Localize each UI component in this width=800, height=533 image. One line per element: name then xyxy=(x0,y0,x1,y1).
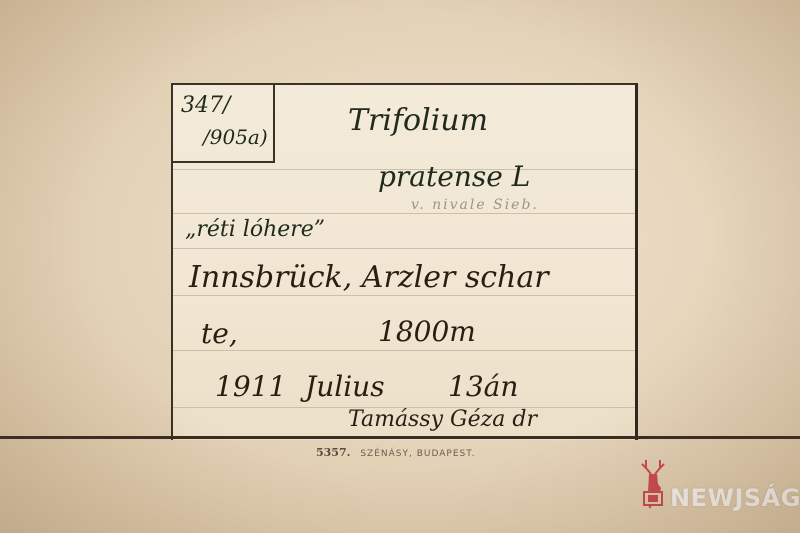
collector-signature: Tamássy Géza dr xyxy=(348,407,537,432)
common-name: „réti lóhere” xyxy=(185,217,325,242)
date-month: Julius xyxy=(305,370,385,403)
catalog-number-bottom: /905a) xyxy=(203,125,268,149)
ruled-line xyxy=(173,350,635,351)
locality-line-2: te, xyxy=(201,317,238,350)
ruled-line xyxy=(173,295,635,296)
printer-number: 5357. xyxy=(316,446,350,459)
printed-baseline xyxy=(0,436,800,439)
ruled-line xyxy=(173,213,635,214)
date-year: 1911 xyxy=(215,370,286,403)
elevation: 1800m xyxy=(378,315,476,348)
watermark-logo: NEWJSÁG xyxy=(640,458,800,514)
herbarium-label-card: 347/ /905a) Trifolium pratense L v. niva… xyxy=(171,83,638,440)
genus-name: Trifolium xyxy=(348,103,488,138)
catalog-number-top: 347/ xyxy=(181,93,230,118)
locality-line-1: Innsbrück, Arzler schar xyxy=(189,260,549,295)
catalog-number-box: 347/ /905a) xyxy=(173,85,275,163)
date-day: 13án xyxy=(448,370,518,403)
pencil-annotation: v. nivale Sieb. xyxy=(411,197,539,213)
printer-mark: 5357. SZÉNÁSY, BUDAPEST. xyxy=(316,446,476,459)
watermark-brand: NEWJSÁG xyxy=(670,484,800,512)
species-name: pratense L xyxy=(378,160,530,193)
ruled-line xyxy=(173,248,635,249)
deer-head-icon xyxy=(640,458,666,514)
printer-name: SZÉNÁSY, BUDAPEST. xyxy=(360,449,475,459)
